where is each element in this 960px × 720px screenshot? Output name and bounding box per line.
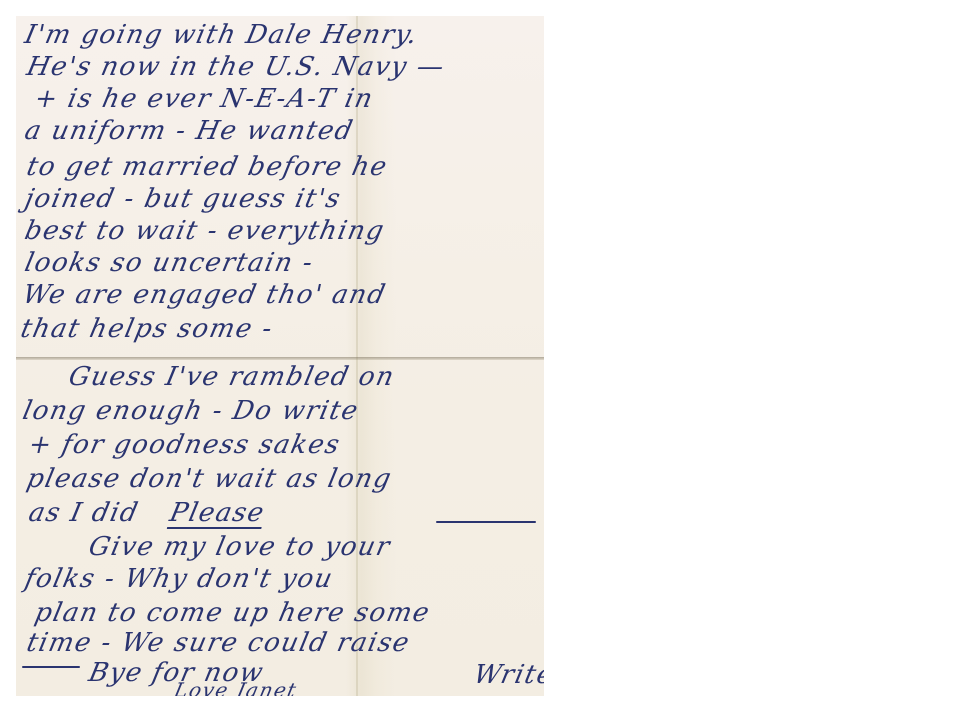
letter-line-5: to get married before he [24, 152, 391, 182]
letter-line-14: please don't wait as long [24, 464, 395, 494]
letter-line-17: folks - Why don't you [22, 564, 336, 594]
letter-line-8: looks so uncertain - [22, 248, 317, 278]
emphasis-please: Please [167, 498, 268, 528]
letter-line-7: best to wait - everything [22, 216, 388, 246]
letter-line-16: Give my love to your [86, 532, 394, 562]
letter-line-9: We are engaged tho' and [20, 280, 389, 310]
letter-line-13: + for goodness sakes [26, 430, 343, 460]
margin-note: Write [471, 660, 544, 690]
letter-line-10: that helps some - [18, 314, 276, 344]
letter-line-15-text: as I did [26, 498, 142, 528]
letter-page: I'm going with Dale Henry. He's now in t… [16, 16, 544, 696]
letter-line-15: as I did Please [26, 498, 268, 528]
letter-line-4: a uniform - He wanted [22, 116, 356, 146]
letter-closing: Love Janet [172, 678, 300, 696]
dash-stroke [436, 521, 536, 523]
letter-line-11: Guess I've rambled on [66, 362, 398, 392]
letter-line-3: + is he ever N-E-A-T in [32, 84, 376, 114]
letter-line-19: time - We sure could raise [24, 628, 413, 658]
leading-dash-stroke [22, 666, 80, 668]
letter-line-1: I'm going with Dale Henry. [22, 20, 421, 50]
letter-line-12: long enough - Do write [20, 396, 362, 426]
horizontal-fold-crease [16, 357, 544, 360]
letter-line-18: plan to come up here some [32, 598, 433, 628]
vertical-fold-crease [356, 16, 358, 696]
letter-line-6: joined - but guess it's [22, 184, 344, 214]
letter-line-2: He's now in the U.S. Navy — [24, 52, 448, 82]
